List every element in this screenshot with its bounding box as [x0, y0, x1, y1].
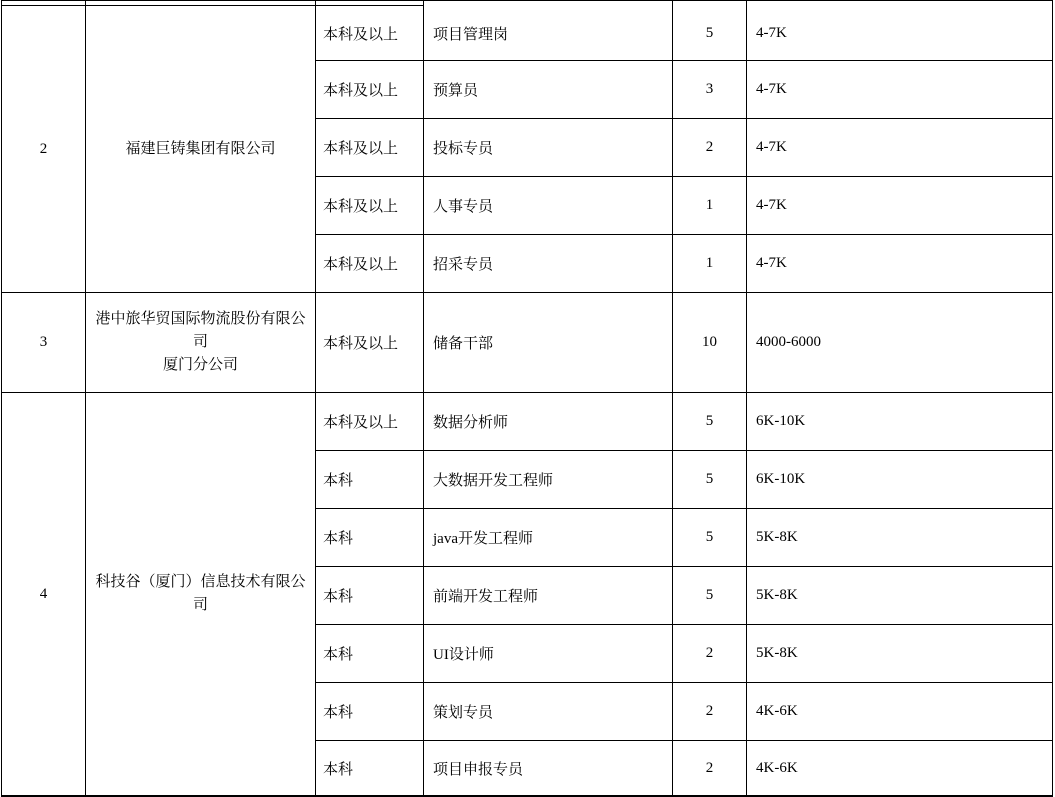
company-name: 福建巨铸集团有限公司: [92, 138, 309, 161]
headcount-cell: 1: [673, 235, 747, 292]
salary-cell: 4-7K: [747, 6, 1052, 60]
salary-cell: 4-7K: [747, 119, 1052, 176]
salary-cell: 4-7K: [747, 235, 1052, 292]
headcount-cell: 5: [673, 6, 747, 60]
row-index: 2: [2, 6, 86, 292]
row-index: 3: [2, 293, 86, 392]
position-cell: 前端开发工程师: [424, 567, 673, 624]
headcount-cell: 3: [673, 61, 747, 118]
position-cell: 数据分析师: [424, 393, 673, 450]
job-rows: 本科及以上 数据分析师 5 6K-10K 本科 大数据开发工程师 5 6K-10…: [316, 393, 1052, 795]
company-name-cell: 科技谷（厦门）信息技术有限公司: [86, 393, 316, 795]
company-name-cell: 福建巨铸集团有限公司: [86, 6, 316, 292]
headcount-cell: 10: [673, 293, 747, 392]
position-cell: 大数据开发工程师: [424, 451, 673, 508]
job-row: 本科及以上 投标专员 2 4-7K: [316, 118, 1052, 176]
position-cell: 项目管理岗: [424, 6, 673, 60]
company-group-4: 4 科技谷（厦门）信息技术有限公司 本科及以上 数据分析师 5 6K-10K 本…: [2, 392, 1052, 795]
row-index: 4: [2, 393, 86, 795]
position-cell: 投标专员: [424, 119, 673, 176]
headcount-cell: 5: [673, 451, 747, 508]
education-cell: 本科: [316, 625, 424, 682]
headcount-cell: 1: [673, 177, 747, 234]
salary-cell: 4-7K: [747, 61, 1052, 118]
salary-cell: 6K-10K: [747, 451, 1052, 508]
job-row: 本科及以上 项目管理岗 5 4-7K: [316, 6, 1052, 60]
salary-cell: 4K-6K: [747, 683, 1052, 740]
position-cell: 策划专员: [424, 683, 673, 740]
job-row: 本科 UI设计师 2 5K-8K: [316, 624, 1052, 682]
job-row: 本科 项目申报专员 2 4K-6K: [316, 740, 1052, 795]
job-row: 本科 java开发工程师 5 5K-8K: [316, 508, 1052, 566]
headcount-cell: 5: [673, 393, 747, 450]
headcount-cell: 5: [673, 509, 747, 566]
headcount-cell: 2: [673, 625, 747, 682]
document-page: 2 福建巨铸集团有限公司 本科及以上 项目管理岗 5 4-7K 本科及以上 预算…: [0, 0, 1055, 797]
education-cell: 本科: [316, 451, 424, 508]
headcount-cell: 2: [673, 741, 747, 795]
salary-cell: 4000-6000: [747, 293, 1052, 392]
job-row: 本科及以上 数据分析师 5 6K-10K: [316, 393, 1052, 450]
salary-cell: 4K-6K: [747, 741, 1052, 795]
company-group-2: 2 福建巨铸集团有限公司 本科及以上 项目管理岗 5 4-7K 本科及以上 预算…: [2, 6, 1052, 292]
position-cell: UI设计师: [424, 625, 673, 682]
salary-cell: 5K-8K: [747, 509, 1052, 566]
headcount-cell: 5: [673, 567, 747, 624]
education-cell: 本科及以上: [316, 61, 424, 118]
education-cell: 本科及以上: [316, 6, 424, 60]
company-group-3: 3 港中旅华贸国际物流股份有限公司 厦门分公司 本科及以上 储备干部 10 40…: [2, 292, 1052, 392]
education-cell: 本科: [316, 741, 424, 795]
recruitment-table: 2 福建巨铸集团有限公司 本科及以上 项目管理岗 5 4-7K 本科及以上 预算…: [1, 0, 1053, 797]
company-branch: 厦门分公司: [92, 354, 309, 377]
education-cell: 本科: [316, 509, 424, 566]
position-cell: 招采专员: [424, 235, 673, 292]
company-name-cell: 港中旅华贸国际物流股份有限公司 厦门分公司: [86, 293, 316, 392]
job-row: 本科及以上 人事专员 1 4-7K: [316, 176, 1052, 234]
education-cell: 本科及以上: [316, 119, 424, 176]
job-row: 本科 策划专员 2 4K-6K: [316, 682, 1052, 740]
company-name: 科技谷（厦门）信息技术有限公司: [92, 571, 309, 617]
education-cell: 本科及以上: [316, 293, 424, 392]
position-cell: 项目申报专员: [424, 741, 673, 795]
education-cell: 本科及以上: [316, 177, 424, 234]
salary-cell: 6K-10K: [747, 393, 1052, 450]
salary-cell: 5K-8K: [747, 567, 1052, 624]
salary-cell: 5K-8K: [747, 625, 1052, 682]
education-cell: 本科: [316, 567, 424, 624]
job-row: 本科及以上 招采专员 1 4-7K: [316, 234, 1052, 292]
headcount-cell: 2: [673, 683, 747, 740]
job-row: 本科及以上 储备干部 10 4000-6000: [316, 293, 1052, 392]
headcount-cell: 2: [673, 119, 747, 176]
salary-cell: 4-7K: [747, 177, 1052, 234]
position-cell: 储备干部: [424, 293, 673, 392]
job-row: 本科及以上 预算员 3 4-7K: [316, 60, 1052, 118]
position-cell: java开发工程师: [424, 509, 673, 566]
job-row: 本科 大数据开发工程师 5 6K-10K: [316, 450, 1052, 508]
job-row: 本科 前端开发工程师 5 5K-8K: [316, 566, 1052, 624]
company-name: 港中旅华贸国际物流股份有限公司: [92, 308, 309, 354]
position-cell: 预算员: [424, 61, 673, 118]
job-rows: 本科及以上 储备干部 10 4000-6000: [316, 293, 1052, 392]
education-cell: 本科及以上: [316, 393, 424, 450]
position-cell: 人事专员: [424, 177, 673, 234]
education-cell: 本科: [316, 683, 424, 740]
education-cell: 本科及以上: [316, 235, 424, 292]
job-rows: 本科及以上 项目管理岗 5 4-7K 本科及以上 预算员 3 4-7K 本科及以…: [316, 6, 1052, 292]
